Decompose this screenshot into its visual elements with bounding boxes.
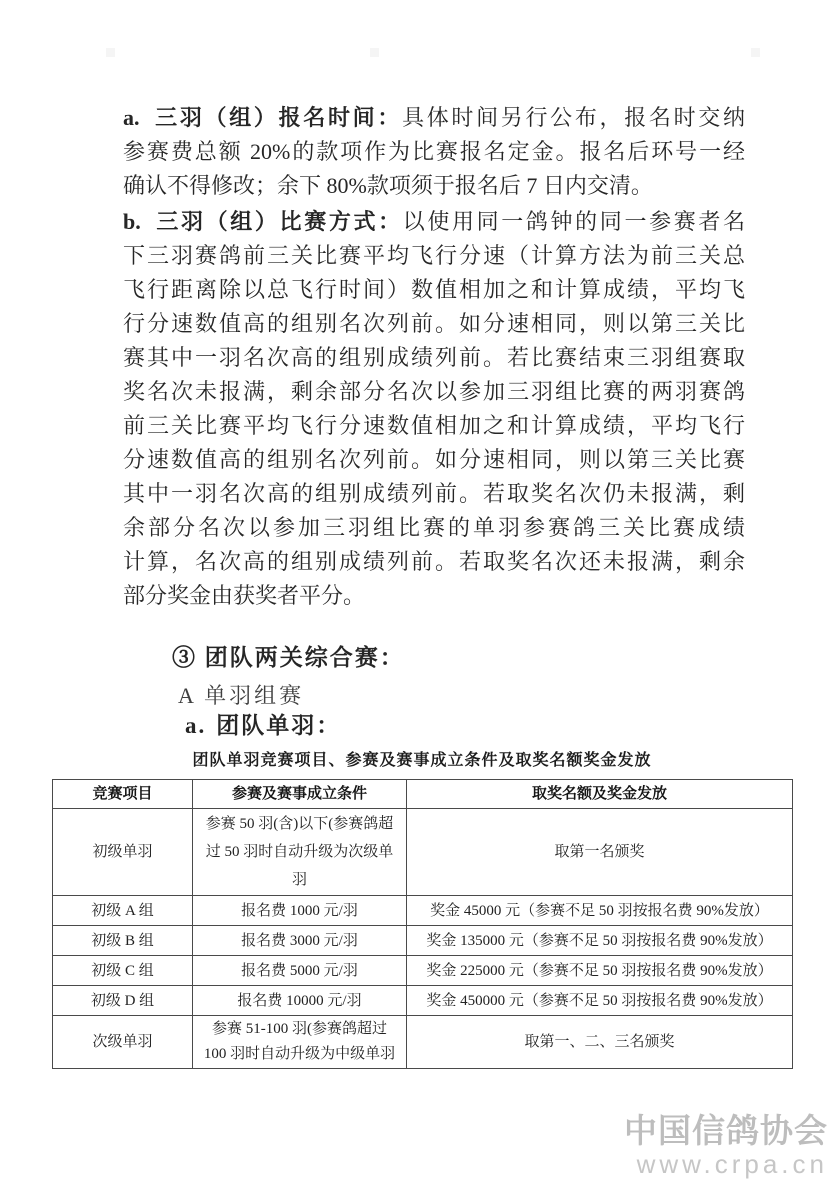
text-line: 行分速数值高的组别名次列前。如分速相同，则以第三关比 xyxy=(123,307,745,341)
text-line: 余部分名次以参加三羽组比赛的单羽参赛鸽三关比赛成绩 xyxy=(123,511,745,545)
text-line: b.三羽（组）比赛方式：以使用同一鸽钟的同一参赛者名 xyxy=(123,205,745,239)
prize-table: 竞赛项目 参赛及赛事成立条件 取奖名额及奖金发放 初级单羽 参赛 50 羽(含)… xyxy=(52,779,793,1069)
text-line: 确认不得修改；余下 80%款项须于报名后 7 日内交清。 xyxy=(123,169,745,203)
cell-condition: 参赛 50 羽(含)以下(参赛鸽超过 50 羽时自动升级为次级单羽 xyxy=(193,809,407,896)
cell-event: 次级单羽 xyxy=(53,1016,193,1069)
heading-single-bird-group: A 单羽组赛 xyxy=(178,679,304,713)
text-line: 计算，名次高的组别成绩列前。若取奖名次还未报满，剩余 xyxy=(123,545,745,579)
table-row: 次级单羽 参赛 51-100 羽(参赛鸽超过 100 羽时自动升级为中级单羽 取… xyxy=(53,1016,793,1069)
paragraph-race-format: b.三羽（组）比赛方式：以使用同一鸽钟的同一参赛者名 下三羽赛鸽前三关比赛平均飞… xyxy=(123,205,745,613)
table-row: 初级单羽 参赛 50 羽(含)以下(参赛鸽超过 50 羽时自动升级为次级单羽 取… xyxy=(53,809,793,896)
table-row: 初级 C 组 报名费 5000 元/羽 奖金 225000 元（参赛不足 50 … xyxy=(53,956,793,986)
watermark-org-name: 中国信鸽协会 xyxy=(624,1112,828,1150)
table-row: 初级 B 组 报名费 3000 元/羽 奖金 135000 元（参赛不足 50 … xyxy=(53,926,793,956)
text-line: 部分奖金由获奖者平分。 xyxy=(123,579,745,613)
watermark-url: www.crpa.cn xyxy=(624,1150,828,1178)
table-title: 团队单羽竞赛项目、参赛及赛事成立条件及取奖名额奖金发放 xyxy=(52,750,792,772)
table-row: 初级 A 组 报名费 1000 元/羽 奖金 45000 元（参赛不足 50 羽… xyxy=(53,896,793,926)
cell-award: 奖金 225000 元（参赛不足 50 羽按报名费 90%发放） xyxy=(407,956,793,986)
column-header-conditions: 参赛及赛事成立条件 xyxy=(193,780,407,809)
text-line: 前三关比赛平均飞行分速数值相加之和计算成绩，平均飞行 xyxy=(123,409,745,443)
cell-condition: 报名费 5000 元/羽 xyxy=(193,956,407,986)
text-line: 分速数值高的组别名次列前。如分速相同，则以第三关比赛 xyxy=(123,443,745,477)
document-page: a.三羽（组）报名时间：具体时间另行公布，报名时交纳 参赛费总额 20%的款项作… xyxy=(0,0,840,1187)
column-header-event: 竞赛项目 xyxy=(53,780,193,809)
cell-event: 初级单羽 xyxy=(53,809,193,896)
site-watermark: 中国信鸽协会 www.crpa.cn xyxy=(624,1112,828,1178)
cell-event: 初级 C 组 xyxy=(53,956,193,986)
list-marker-a: a. xyxy=(123,105,140,130)
paragraph-label: 三羽（组）比赛方式： xyxy=(154,209,403,234)
cell-award: 取第一名颁奖 xyxy=(407,809,793,896)
cell-condition: 报名费 1000 元/羽 xyxy=(193,896,407,926)
heading-text: 团队单羽： xyxy=(216,713,341,738)
text-line: 下三羽赛鸽前三关比赛平均飞行分速（计算方法为前三关总 xyxy=(123,239,745,273)
cell-award: 奖金 135000 元（参赛不足 50 羽按报名费 90%发放） xyxy=(407,926,793,956)
table-header-row: 竞赛项目 参赛及赛事成立条件 取奖名额及奖金发放 xyxy=(53,780,793,809)
text-line: 参赛费总额 20%的款项作为比赛报名定金。报名后环号一经 xyxy=(123,135,745,169)
text-line: a.三羽（组）报名时间：具体时间另行公布，报名时交纳 xyxy=(123,101,745,135)
text-line: 奖名次未报满，剩余部分名次以参加三羽组比赛的两羽赛鸽 xyxy=(123,375,745,409)
heading-team-single-bird: a.团队单羽： xyxy=(185,709,341,743)
cell-award: 奖金 450000 元（参赛不足 50 羽按报名费 90%发放） xyxy=(407,986,793,1016)
paragraph-registration-time: a.三羽（组）报名时间：具体时间另行公布，报名时交纳 参赛费总额 20%的款项作… xyxy=(123,101,745,203)
text-line: 其中一羽名次高的组别成绩列前。若取奖名次仍未报满，剩 xyxy=(123,477,745,511)
list-marker-a: a. xyxy=(185,713,206,738)
paragraph-text: 以使用同一鸽钟的同一参赛者名 xyxy=(403,209,745,234)
table-row: 初级 D 组 报名费 10000 元/羽 奖金 450000 元（参赛不足 50… xyxy=(53,986,793,1016)
text-line: 赛其中一羽名次高的组别成绩列前。若比赛结束三羽组赛取 xyxy=(123,341,745,375)
column-header-awards: 取奖名额及奖金发放 xyxy=(407,780,793,809)
cell-condition: 报名费 3000 元/羽 xyxy=(193,926,407,956)
cell-condition: 报名费 10000 元/羽 xyxy=(193,986,407,1016)
cell-condition: 参赛 51-100 羽(参赛鸽超过 100 羽时自动升级为中级单羽 xyxy=(193,1016,407,1069)
paragraph-label: 三羽（组）报名时间： xyxy=(153,105,403,130)
list-marker-b: b. xyxy=(123,209,141,234)
cell-event: 初级 D 组 xyxy=(53,986,193,1016)
faint-artifact xyxy=(370,48,379,57)
paragraph-text: 具体时间另行公布，报名时交纳 xyxy=(402,105,745,130)
cell-event: 初级 B 组 xyxy=(53,926,193,956)
text-line: 飞行距离除以总飞行时间）数值相加之和计算成绩，平均飞 xyxy=(123,273,745,307)
cell-award: 奖金 45000 元（参赛不足 50 羽按报名费 90%发放） xyxy=(407,896,793,926)
faint-artifact xyxy=(751,48,760,57)
cell-event: 初级 A 组 xyxy=(53,896,193,926)
faint-artifact xyxy=(106,48,115,57)
cell-award: 取第一、二、三名颁奖 xyxy=(407,1016,793,1069)
heading-team-two-race: ③ 团队两关综合赛： xyxy=(172,641,405,675)
